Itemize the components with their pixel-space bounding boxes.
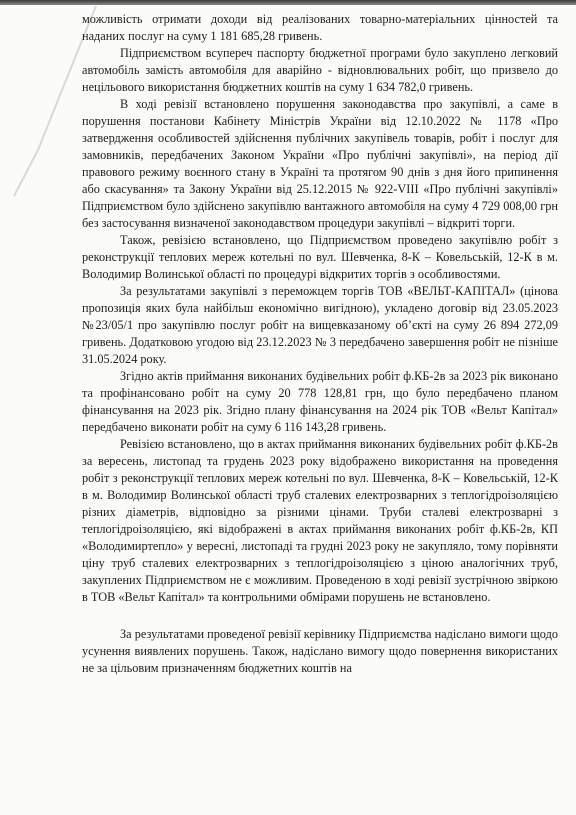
- scan-top-edge: [0, 0, 576, 5]
- paragraph-audit-results: За результатами проведеної ревізії керів…: [82, 626, 558, 677]
- paragraph-car-purchase: Підприємством всупереч паспорту бюджетно…: [82, 45, 558, 96]
- paragraph-reconstruction-procurement: Також, ревізією встановлено, що Підприєм…: [82, 232, 558, 283]
- document-page: можливість отримати доходи від реалізова…: [82, 11, 558, 677]
- paragraph-financing: Згідно актів приймання виконаних будівел…: [82, 368, 558, 436]
- paragraph-procurement-violation: В ході ревізії встановлено порушення зак…: [82, 96, 558, 232]
- paragraph-pipes-audit: Ревізією встановлено, що в актах прийман…: [82, 436, 558, 606]
- paragraph-contract: За результатами закупівлі з переможцем т…: [82, 283, 558, 368]
- paragraph-continuation: можливість отримати доходи від реалізова…: [82, 11, 558, 45]
